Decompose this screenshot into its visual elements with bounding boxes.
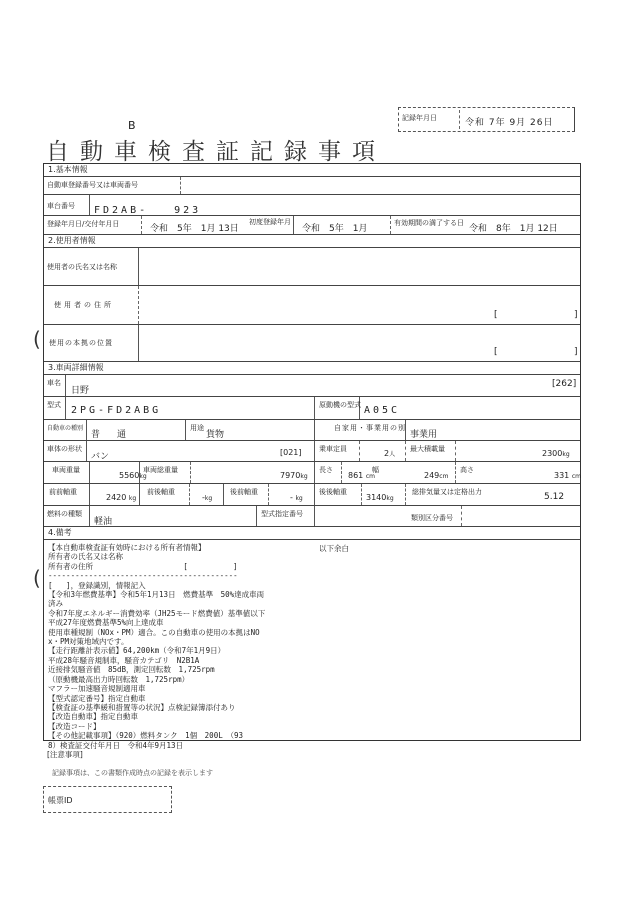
row-dates: 登録年月日/交付年月日 令和 5年 1月 13日 初度登録年月 令和 5年 1月… [44, 216, 580, 235]
remarks-line: 【検査証の基準緩和措置等の状況】点検記録簿添付あり [48, 703, 265, 712]
remarks-line: 【型式認定番号】指定自動車 [48, 694, 265, 703]
width-value: 249cm [424, 471, 448, 480]
form-id-label: 帳票ID [48, 795, 73, 806]
row-vehicle-type: 自動車の種別 普 通 用途 貨物 自家用・事業用の別 事業用 [44, 420, 580, 441]
maker-label: 車名 [47, 378, 61, 388]
bracket-close: ] [574, 310, 578, 320]
remarks-line: 平成28年騒音規制車，騒音カテゴリ N2B1A [48, 656, 265, 665]
row-fuel: 燃料の種類 軽油 型式指定番号 類別区分番号 [44, 506, 580, 527]
engine-model-value: A05C [364, 405, 400, 416]
divider [459, 110, 460, 129]
section-4-heading: 4.備考 [44, 527, 580, 540]
remarks-line: 所有者の氏名又は名称 [48, 552, 265, 561]
remarks-line: 済み [48, 599, 265, 608]
section-2-heading: 2.使用者情報 [44, 235, 580, 248]
record-date-box: 記録年月日 令和 7年 9月 26日 [398, 107, 575, 132]
page-title: 自動車検査証記録事項 [46, 133, 386, 166]
document-mark: B [128, 119, 136, 132]
remarks-line: 【改造コード】 [48, 722, 265, 731]
height-value: 331 cm [554, 471, 581, 480]
remarks-line: 令和7年度エネルギー消費効率（JH25モード燃費値）基準値以下 [48, 609, 265, 618]
height-label: 高さ [460, 465, 474, 475]
remarks-line: 【令和3年燃費基準】令和5年1月13日 燃費基準 50%達成車両 [48, 590, 265, 599]
base-location-label: 使用の本拠の位置 [49, 338, 113, 348]
chassis-number-value: FD2AB- 923 [94, 201, 201, 216]
notes-text: 記録事項は、この書類作成時点の記録を表示します [52, 768, 213, 778]
displacement-label: 総排気量又は定格出力 [412, 487, 482, 497]
remarks-line: 近接排気騒音値 85dB，測定回転数 1,725rpm [48, 665, 265, 674]
remarks-line: （原動機最高出力時回転数 1,725rpm） [48, 675, 265, 684]
record-date-value: 令和 7年 9月 26日 [465, 115, 554, 128]
remarks-line: 平成27年度燃費基準5%向上達成車 [48, 618, 265, 627]
row-user-address: 使用者の住所 [ ] [44, 286, 580, 325]
remarks-line: [ ]，登録識別，情報記入 [48, 581, 265, 590]
remarks-text: 【本自動車検査証有効時における所有者情報】所有者の氏名又は名称所有者の住所 [ … [48, 543, 265, 750]
row-body-shape: 車体の形状 バン [021] 乗車定員 2人 最大積載量 2300kg [44, 441, 580, 462]
row-base-location: 使用の本拠の位置 [ ] [44, 325, 580, 362]
bracket-open: [ [494, 347, 498, 357]
expiry-date-label: 有効期間の満了する日 [394, 218, 464, 228]
expiry-date-value: 令和 8年 1月 12日 [469, 221, 558, 234]
remarks-area: 【本自動車検査証有効時における所有者情報】所有者の氏名又は名称所有者の住所 [ … [44, 540, 580, 739]
margin-bracket-mark: ( [33, 327, 41, 351]
margin-bracket-mark: ( [33, 566, 41, 590]
width-label: 幅 [372, 465, 379, 475]
section-1-heading: 1.基本情報 [44, 164, 580, 177]
remarks-line: 【本自動車検査証有効時における所有者情報】 [48, 543, 265, 552]
bracket-close: ] [574, 347, 578, 357]
row-maker: 車名 日野 [262] [44, 375, 580, 397]
bracket-open: [ [494, 310, 498, 320]
row-axle-weights: 前前軸重 2420 kg 前後軸重 -kg 後前軸重 - kg 後後軸重 314… [44, 484, 580, 506]
engine-model-label: 原動機の型式 [319, 400, 361, 410]
user-address-label: 使用者の住所 [54, 300, 114, 310]
record-date-label: 記録年月日 [402, 113, 437, 123]
chassis-number-label: 車台番号 [47, 201, 75, 211]
registration-number-label: 自動車登録番号又は車両番号 [47, 180, 138, 190]
remarks-line: 使用車種規制（NOx・PM）適合。この自動車の使用の本拠はNO [48, 628, 265, 637]
private-business-label: 自家用・事業用の別 [334, 423, 406, 433]
row-chassis-number: 車台番号 FD2AB- 923 [44, 195, 580, 216]
max-load-value: 2300kg [542, 449, 570, 458]
remarks-line: ----------------------------------------… [48, 571, 265, 580]
section-3-heading: 3.車両詳細情報 [44, 362, 580, 375]
row-dimensions: 車両重量 5560kg 車両総重量 7970kg 長さ 861 cm 幅 249… [44, 462, 580, 484]
max-load-label: 最大積載量 [410, 444, 445, 454]
row-model: 型式 2PG-FD2ABG 原動機の型式 A05C [44, 397, 580, 420]
notes-heading: [注意事項] [47, 749, 83, 760]
remarks-line: 所有者の住所 [ ] [48, 562, 265, 571]
user-name-label: 使用者の氏名又は名称 [47, 262, 117, 272]
remarks-right-note: 以下余白 [319, 543, 349, 554]
displacement-value: 5.12 [544, 492, 564, 502]
remarks-line: 【改造自動車】指定自動車 [48, 712, 265, 721]
maker-value: 日野 [71, 383, 89, 396]
remarks-line: マフラー加速騒音規制適用車 [48, 684, 265, 693]
row-registration-number: 自動車登録番号又は車両番号 [44, 177, 580, 195]
form-id-box: 帳票ID [43, 786, 172, 813]
record-table: 1.基本情報 自動車登録番号又は車両番号 車台番号 FD2AB- 923 登録年… [43, 163, 581, 741]
private-business-value: 事業用 [410, 427, 437, 440]
maker-code: [262] [552, 379, 576, 389]
remarks-line: 【その他記載事項】（920）燃料タンク 1個 200L （93 [48, 731, 265, 740]
row-user-name: 使用者の氏名又は名称 [44, 248, 580, 286]
remarks-line: 【走行距離計表示値】64,200km（令和7年1月9日） [48, 646, 265, 655]
